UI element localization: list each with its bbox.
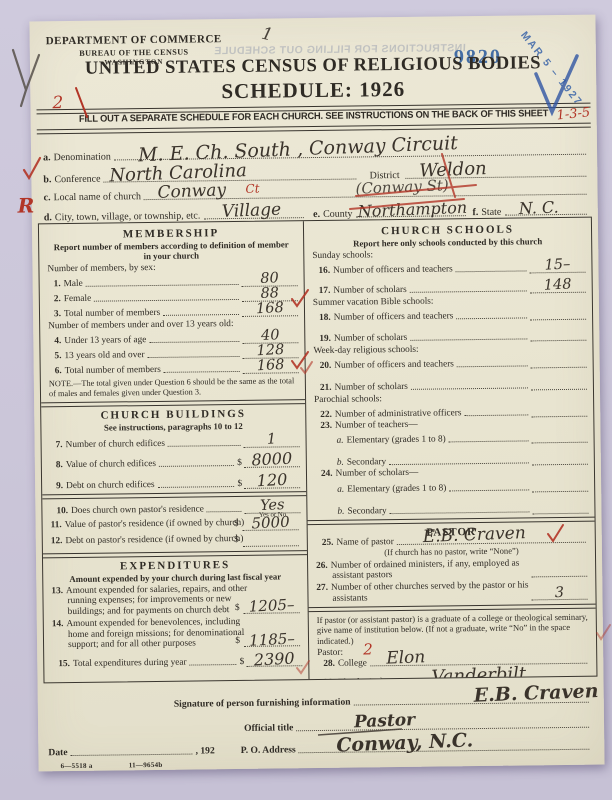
church-schools-subtitle: Report here only schools conducted by th… (314, 236, 581, 249)
state-line: N. C. (504, 214, 586, 216)
question-row-9: 9. Debt on church edifices $ 120 (50, 474, 300, 491)
answer-line (243, 532, 299, 547)
field-row-conference: b. Conference North Carolina District We… (43, 165, 589, 186)
denomination-line: M. E. Ch. South , Conway Circuit (114, 154, 586, 161)
membership-subtitle: Report number of members according to de… (49, 239, 293, 262)
question-row-13: 13.Amount expended for salaries, repairs… (51, 583, 301, 617)
po-address-entry: Conway, N.C. (336, 729, 474, 756)
question-row-16: 16. Number of officers and teachers 15– (312, 259, 585, 276)
answer-line (530, 327, 586, 342)
official-title-entry: Pastor (354, 710, 416, 732)
answer-line: 2390 (246, 653, 302, 668)
question-row-24a: a. Elementary (grades 1 to 8) (337, 477, 588, 494)
answer-line: Yes Yes or No (244, 499, 300, 514)
po-address-line: Conway, N.C. (299, 749, 590, 754)
official-title-label: Official title (244, 722, 293, 734)
divider-rule (37, 123, 591, 135)
field-label: Denomination (54, 152, 111, 164)
question-row-7: 7. Number of church edifices 1 (50, 433, 300, 450)
answer-line: 1 (243, 433, 299, 448)
seminary-entry: Vanderbilt (432, 665, 527, 684)
pastor-note: (If church has no pastor, write “None”) (318, 546, 585, 559)
field-row-denomination: a. Denomination M. E. Ch. South , Conway… (43, 143, 589, 164)
pencil-conway-st-note: (Conway St) (356, 176, 450, 198)
signature-label: Signature of person furnishing informati… (174, 697, 351, 710)
answer-line: 8000 (244, 453, 300, 468)
question-row-19: 19. Number of scholars (313, 327, 586, 344)
question-row-17: 17. Number of scholars 148 (313, 279, 586, 296)
city-entry: Village (221, 200, 281, 222)
section-rule (41, 399, 305, 407)
print-codes: 6—5518 a 11—9654b (60, 761, 162, 770)
question-row-12: 12.Debt on pastor's residence (if owned … (51, 533, 301, 550)
field-label: State (481, 207, 501, 218)
college-entry: Elon (385, 648, 425, 668)
signature-row: Signature of person furnishing informati… (48, 691, 592, 712)
field-row-local-name: c. Local name of church Conway Ct (Conwa… (43, 183, 589, 204)
local-name-entry: Conway (158, 180, 227, 203)
answer-line (532, 499, 588, 514)
field-label: Local name of church (53, 191, 141, 203)
right-column: CHURCH SCHOOLS Report here only schools … (303, 218, 597, 679)
date-label: Date (48, 747, 67, 758)
conference-line: North Carolina (104, 179, 357, 183)
question-row-27: 27.Number of other churches served by th… (316, 580, 589, 604)
official-title-row: Official title Pastor (48, 716, 592, 737)
pencil-page-mark: 1 (259, 24, 274, 46)
answer-line (531, 403, 587, 418)
expenditures-subtitle: Amount expended by your church during la… (53, 571, 297, 584)
answer-line: 3 (531, 586, 587, 601)
question-row-18: 18. Number of officers and teachers (313, 306, 586, 323)
city-line: Village (203, 217, 304, 219)
question-row-8: 8. Value of church edifices $ 8000 (50, 453, 300, 470)
po-address-label: P. O. Address (241, 744, 296, 756)
answer-line: 15– (529, 259, 585, 274)
answer-line: 168 (242, 302, 298, 317)
question-row-20: 20. Number of officers and teachers (314, 354, 587, 371)
date-address-row: Date , 192 P. O. Address Conway, N.C. (48, 738, 592, 759)
census-form-paper: DEPARTMENT OF COMMERCE BUREAU OF THE CEN… (29, 15, 604, 772)
section-rule (308, 516, 595, 525)
date-line (71, 754, 193, 756)
section-rule (309, 604, 596, 613)
field-label: County (323, 209, 353, 220)
print-code-2: 11—9654b (129, 761, 163, 769)
answer-line: 1205– (244, 599, 300, 614)
church-buildings-subtitle: See instructions, paragraphs 10 to 12 (51, 420, 295, 433)
field-label: Conference (54, 174, 100, 186)
county-line: Northampton (356, 215, 466, 217)
answer-line: 168 (243, 359, 299, 374)
answer-line (531, 354, 587, 369)
question-row-14: 14.Amount expended for benevolences, inc… (52, 616, 302, 650)
section-rule (43, 550, 307, 558)
left-column: MEMBERSHIP Report number of members acco… (39, 221, 309, 682)
answer-line: 1185– (244, 633, 300, 648)
answer-line: 120 (244, 474, 300, 489)
answer-line: 148 (530, 279, 586, 294)
membership-note: NOTE.—The total given under Question 6 s… (49, 376, 297, 399)
main-form-box: MEMBERSHIP Report number of members acco… (38, 217, 598, 684)
question-row-6: 6. Total number of members 168 (49, 359, 299, 376)
signature-entry: E.B. Craven (473, 680, 599, 707)
answer-line (532, 477, 588, 492)
pastor-name-entry: E.B. Craven (422, 524, 526, 547)
denomination-entry: M. E. Ch. South , Conway Circuit (137, 132, 457, 166)
question-row-21: 21. Number of scholars (314, 376, 587, 393)
red-ct-mark: Ct (246, 182, 261, 197)
red-pastor-number: 2 (363, 640, 373, 658)
question-row-3: 3. Total number of members 168 (48, 302, 298, 319)
state-entry: N. C. (518, 198, 559, 219)
answer-line (532, 451, 588, 466)
question-row-23a: a. Elementary (grades 1 to 8) (336, 429, 587, 446)
answer-line (531, 376, 587, 391)
question-row-26: 26.Number of ordained ministers, if any,… (316, 557, 589, 581)
date-year-suffix: , 192 (195, 745, 214, 756)
answer-line: 5000 (243, 516, 299, 531)
question-row-15: 15. Total expenditures during year $ 239… (52, 653, 302, 670)
print-code-1: 6—5518 a (60, 762, 92, 770)
answer-line (530, 306, 586, 321)
red-letter-mark: R (18, 193, 35, 217)
question-row-24b: b. Secondary (337, 499, 588, 516)
answer-line (531, 429, 587, 444)
graduate-note: If pastor (or assistant pastor) is a gra… (317, 612, 588, 646)
answer-line (531, 563, 587, 578)
